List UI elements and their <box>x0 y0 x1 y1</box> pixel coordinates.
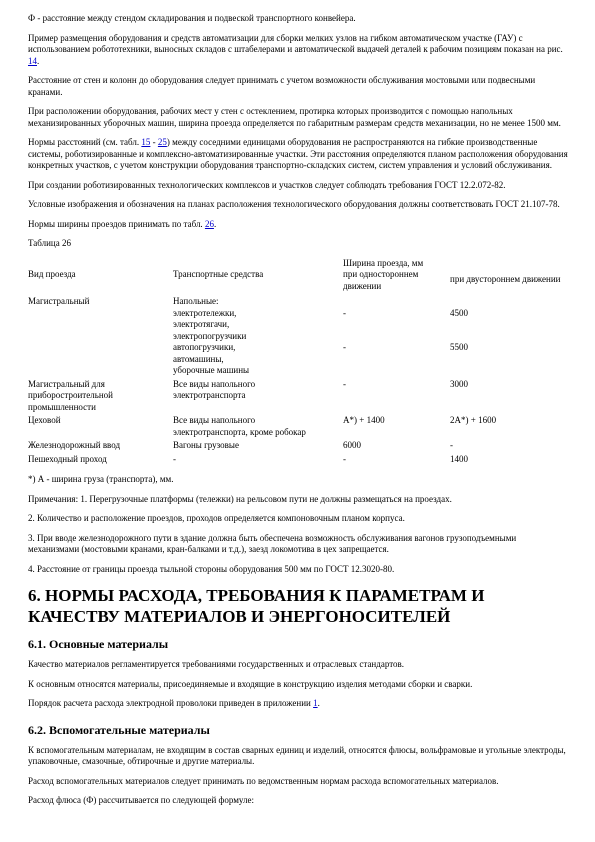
table-row: электротягачи, <box>28 319 568 331</box>
table-header-row: Вид проезда Транспортные средства Ширина… <box>28 258 568 293</box>
table-row: Железнодорожный ввод Вагоны грузовые 600… <box>28 440 568 452</box>
paragraph-glazing: При расположении оборудования, рабочих м… <box>28 106 568 129</box>
table-caption: Таблица 26 <box>28 238 568 250</box>
column-header: Транспортные средства <box>173 269 343 281</box>
table-cell: 4500 <box>450 308 568 320</box>
paragraph-symbols: Условные изображения и обозначения на пл… <box>28 199 568 211</box>
paragraph-order: Порядок расчета расхода электродной пров… <box>28 698 568 710</box>
table-cell: 5500 <box>450 342 568 354</box>
table-cell: 6000 <box>343 440 450 452</box>
note-2: 2. Количество и расположение проездов, п… <box>28 513 568 525</box>
table-cell: Все виды напольного электротранспорта, к… <box>173 415 343 438</box>
column-header: Ширина проезда, мм при одностороннем дви… <box>343 258 450 293</box>
paragraph-text: . <box>37 56 39 66</box>
paragraph-text: Нормы ширины проездов принимать по табл. <box>28 219 205 229</box>
table-cell: Вагоны грузовые <box>173 440 343 452</box>
section-6-1-title: 6.1. Основные материалы <box>28 637 568 651</box>
table-cell: 2А*) + 1600 <box>450 415 568 438</box>
table-cell: автомашины, <box>173 354 343 366</box>
table-cell: 3000 <box>450 379 568 414</box>
table-cell <box>28 319 173 331</box>
table-cell: Магистральный для приборостроительной пр… <box>28 379 173 414</box>
table-row: автопогрузчики, - 5500 <box>28 342 568 354</box>
table-cell <box>343 319 450 331</box>
table-row: автомашины, <box>28 354 568 366</box>
table-cell: электротележки, <box>173 308 343 320</box>
table-row: уборочные машины <box>28 365 568 377</box>
table-cell <box>450 365 568 377</box>
paragraph-basic-materials: К основным относятся материалы, присоеди… <box>28 679 568 691</box>
paragraph-example: Пример размещения оборудования и средств… <box>28 33 568 68</box>
column-header-text: при двустороннем движении <box>450 274 560 286</box>
table-cell: электротягачи, <box>173 319 343 331</box>
column-header: при двустороннем движении <box>450 265 568 286</box>
table-row: Магистральный для приборостроительной пр… <box>28 379 568 414</box>
table-footnote: *) А - ширина груза (транспорта), мм. <box>28 474 568 486</box>
table-cell: Железнодорожный ввод <box>28 440 173 452</box>
paragraph-norms: Нормы расстояний (см. табл. 15 - 25) меж… <box>28 137 568 172</box>
table-cell: - <box>450 440 568 452</box>
link-table-25[interactable]: 25 <box>158 137 167 147</box>
table-cell <box>450 296 568 308</box>
table-notes: Примечания: 1. Перегрузочные платформы (… <box>28 494 568 576</box>
table-cell <box>343 331 450 343</box>
link-table-26[interactable]: 26 <box>205 219 214 229</box>
table-cell <box>343 365 450 377</box>
table-cell <box>343 354 450 366</box>
table-cell: автопогрузчики, <box>173 342 343 354</box>
table-cell <box>28 354 173 366</box>
table-row: Цеховой Все виды напольного электротранс… <box>28 415 568 438</box>
table-cell: - <box>343 454 450 466</box>
table-26: Вид проезда Транспортные средства Ширина… <box>28 258 568 466</box>
table-cell: Пешеходный проход <box>28 454 173 466</box>
paragraph-text: Пример размещения оборудования и средств… <box>28 33 563 55</box>
paragraph-text: Порядок расчета расхода электродной пров… <box>28 698 313 708</box>
table-cell <box>28 342 173 354</box>
table-cell: Все виды напольного электротранспорта <box>173 379 343 414</box>
table-cell <box>450 354 568 366</box>
table-cell: - <box>343 308 450 320</box>
table-cell: - <box>173 454 343 466</box>
paragraph-text: - <box>150 137 158 147</box>
paragraph-quality: Качество материалов регламентируется тре… <box>28 659 568 671</box>
table-cell <box>28 308 173 320</box>
table-cell <box>28 365 173 377</box>
table-row: Пешеходный проход - - 1400 <box>28 454 568 466</box>
paragraph-aux-materials-2: Расход вспомогательных материалов следуе… <box>28 776 568 788</box>
paragraph-robot: При создании роботизированных технологич… <box>28 180 568 192</box>
paragraph-flux-formula: Расход флюса (Ф) рассчитывается по следу… <box>28 795 568 807</box>
link-fig-14[interactable]: 14 <box>28 56 37 66</box>
table-cell <box>28 331 173 343</box>
table-cell: электропогрузчики <box>173 331 343 343</box>
note-1: Примечания: 1. Перегрузочные платформы (… <box>28 494 568 506</box>
paragraph-text: . <box>318 698 320 708</box>
table-row: электротележки, - 4500 <box>28 308 568 320</box>
paragraph-walls: Расстояние от стен и колонн до оборудова… <box>28 75 568 98</box>
table-cell: 1400 <box>450 454 568 466</box>
table-cell: А*) + 1400 <box>343 415 450 438</box>
table-cell: - <box>343 342 450 354</box>
table-row: электропогрузчики <box>28 331 568 343</box>
section-6-title: 6. НОРМЫ РАСХОДА, ТРЕБОВАНИЯ К ПАРАМЕТРА… <box>28 585 568 627</box>
paragraph-text: . <box>214 219 216 229</box>
table-cell: - <box>343 379 450 414</box>
document-page: Ф - расстояние между стендом складирован… <box>0 0 595 842</box>
paragraph-aux-materials-1: К вспомогательным материалам, не входящи… <box>28 745 568 768</box>
note-3: 3. При вводе железнодорожного пути в зда… <box>28 533 568 556</box>
column-header: Вид проезда <box>28 269 173 281</box>
table-cell <box>450 331 568 343</box>
legend-note: Ф - расстояние между стендом складирован… <box>28 13 568 25</box>
table-cell: Напольные: <box>173 296 343 308</box>
paragraph-text: Нормы расстояний (см. табл. <box>28 137 141 147</box>
table-row: Магистральный Напольные: <box>28 296 568 308</box>
note-4: 4. Расстояние от границы проезда тыльной… <box>28 564 568 576</box>
section-6-2-title: 6.2. Вспомогательные материалы <box>28 723 568 737</box>
table-cell: уборочные машины <box>173 365 343 377</box>
table-cell: Цеховой <box>28 415 173 438</box>
table-cell <box>450 319 568 331</box>
table-cell <box>343 296 450 308</box>
paragraph-width-norm: Нормы ширины проездов принимать по табл.… <box>28 219 568 231</box>
table-cell: Магистральный <box>28 296 173 308</box>
